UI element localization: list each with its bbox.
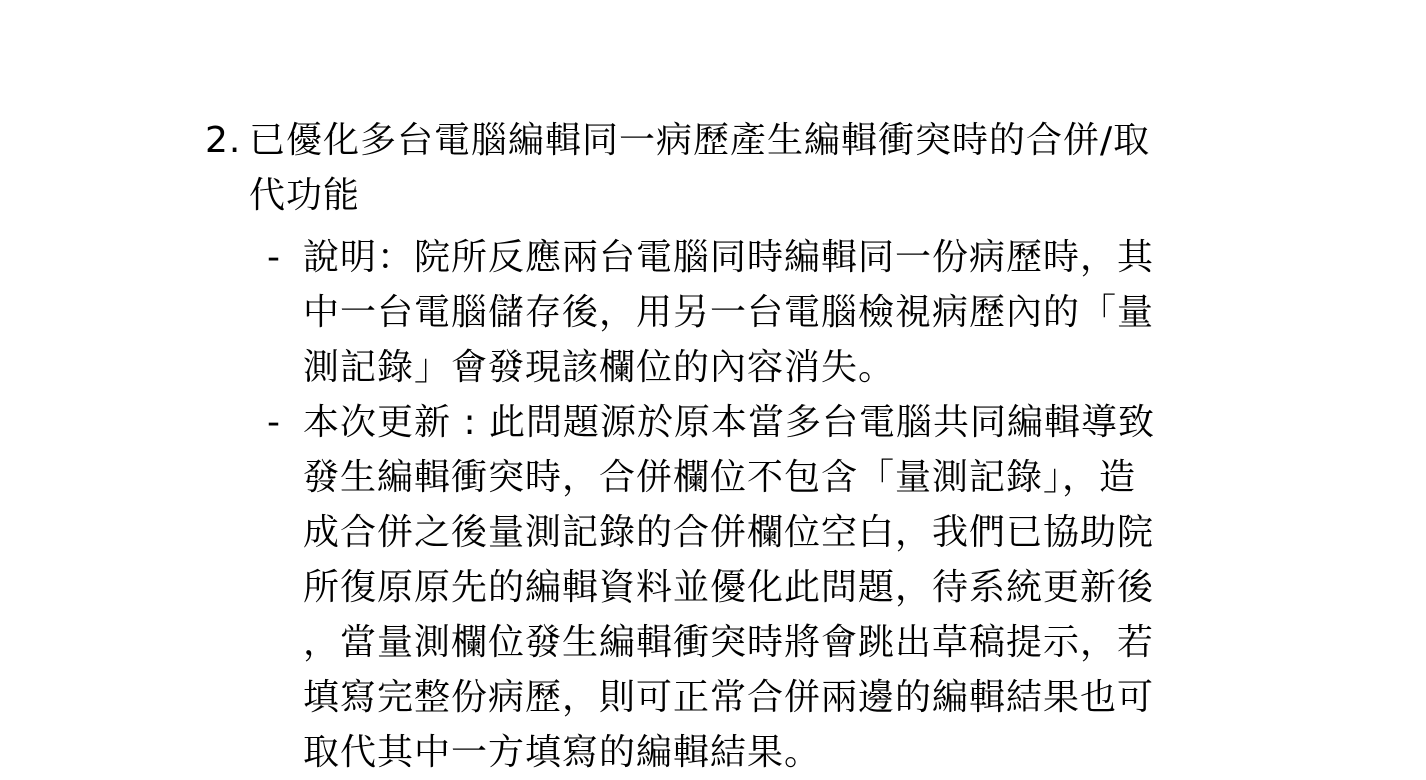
bullet-text: 本次更新 : 此問題源於原本當多台電腦共同編輯導致 發生編輯衝突時，合併欄位不包… <box>303 395 1155 780</box>
document-page: 2. 已優化多台電腦編輯同一病歷產生編輯衝突時的合併/取 代功能 - 說明：院所… <box>0 0 1426 780</box>
item-heading: 2. 已優化多台電腦編輯同一病歷產生編輯衝突時的合併/取 代功能 <box>205 113 1155 223</box>
bullet-item-description: - 說明：院所反應兩台電腦同時編輯同一份病歷時，其 中一台電腦儲存後，用另一台電… <box>267 230 1155 395</box>
sub-bullet-list: - 說明：院所反應兩台電腦同時編輯同一份病歷時，其 中一台電腦儲存後，用另一台電… <box>205 230 1155 780</box>
text-line: 本次更新 : 此問題源於原本當多台電腦共同編輯導致 <box>303 395 1155 450</box>
title-line: 已優化多台電腦編輯同一病歷產生編輯衝突時的合併/取 <box>249 113 1150 168</box>
list-number: 2. <box>205 113 249 168</box>
text-line: 說明：院所反應兩台電腦同時編輯同一份病歷時，其 <box>303 230 1154 285</box>
release-note-item-2: 2. 已優化多台電腦編輯同一病歷產生編輯衝突時的合併/取 代功能 - 說明：院所… <box>205 113 1155 780</box>
bullet-dash: - <box>267 230 303 285</box>
title-line: 代功能 <box>249 168 1150 223</box>
bullet-item-update: - 本次更新 : 此問題源於原本當多台電腦共同編輯導致 發生編輯衝突時，合併欄位… <box>267 395 1155 780</box>
text-line: 填寫完整份病歷，則可正常合併兩邊的編輯結果也可 <box>303 670 1155 725</box>
text-line: 測記錄」會發現該欄位的內容消失。 <box>303 340 1154 395</box>
text-line: ，當量測欄位發生編輯衝突時將會跳出草稿提示，若 <box>303 615 1155 670</box>
text-line: 成合併之後量測記錄的合併欄位空白，我們已協助院 <box>303 505 1155 560</box>
bullet-dash: - <box>267 395 303 450</box>
bullet-text: 說明：院所反應兩台電腦同時編輯同一份病歷時，其 中一台電腦儲存後，用另一台電腦檢… <box>303 230 1154 395</box>
text-line: 發生編輯衝突時，合併欄位不包含「量測記錄」，造 <box>303 450 1155 505</box>
text-line: 中一台電腦儲存後，用另一台電腦檢視病歷內的「量 <box>303 285 1154 340</box>
text-line: 取代其中一方填寫的編輯結果。 <box>303 725 1155 780</box>
item-title: 已優化多台電腦編輯同一病歷產生編輯衝突時的合併/取 代功能 <box>249 113 1150 223</box>
text-line: 所復原原先的編輯資料並優化此問題，待系統更新後 <box>303 560 1155 615</box>
